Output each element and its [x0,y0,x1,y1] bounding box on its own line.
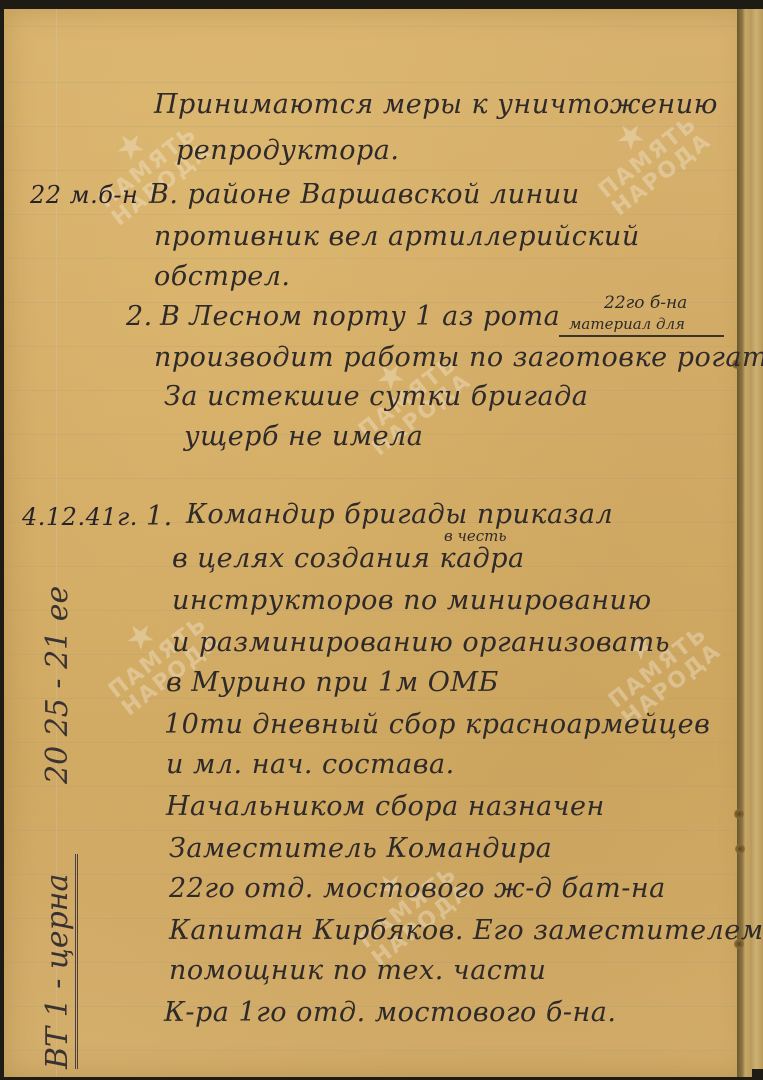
text-line: в Мурино при 1м ОМБ [166,667,499,698]
text-line: обстрел. [154,261,291,292]
text-line: За истекшие сутки бригада [164,381,588,412]
text-line: Начальником сбора назначен [166,791,605,822]
text-line: производит работы по заготовке рогаток [154,342,763,373]
insertion-mark [559,335,724,337]
text-line: ущерб не имела [184,421,423,452]
insertion-note: 22го б-на [604,293,687,313]
text-line: противник вел артиллерийский [154,221,640,252]
binding-hole [735,844,745,854]
margin-note-b: 20 25 - 21 ее [40,586,75,784]
entry-date: 22 м.б-н [30,181,138,209]
text-line: помощник по тех. части [169,955,546,986]
text-line: инструкторов по минированию [172,585,652,616]
text-line: и разминированию организовать [172,627,670,658]
entry-date: 4.12.41г. [22,503,138,531]
text-line: Капитан Кирбяков. Его заместителем [169,915,763,946]
insertion-note: материал для [569,315,685,333]
item-number: 1. [146,501,173,532]
text-line: в целях создания кадра [172,543,525,574]
text-line: 22го отд. мостового ж-д бат-на [169,873,666,904]
text-line: В Лесном порту 1 аз рота [160,301,560,332]
item-number: 2. [126,301,153,332]
text-line: В. районе Варшавской линии [149,179,580,210]
margin-note: ВТ 1 - церна 20 25 - 21 ее [40,586,75,1069]
text-line: Принимаются меры к уничтожению [154,89,718,120]
scanned-document: ★ ПАМЯТЬ НАРОДА ★ ПАМЯТЬ НАРОДА ★ ПАМЯТЬ… [0,0,763,1080]
text-line: Командир бригады приказал [186,499,613,530]
text-line: репродуктора. [176,135,399,166]
text-line: Заместитель Командира [169,833,552,864]
text-line: К-ра 1го отд. мостового б-на. [164,997,616,1028]
text-line: 10ти дневный сбор красноармейцев [164,709,710,740]
text-line: и мл. нач. состава. [166,749,455,780]
paper-page: ★ ПАМЯТЬ НАРОДА ★ ПАМЯТЬ НАРОДА ★ ПАМЯТЬ… [4,9,750,1077]
margin-note-a: ВТ 1 - церна [40,854,78,1069]
binding-hole [734,809,744,819]
